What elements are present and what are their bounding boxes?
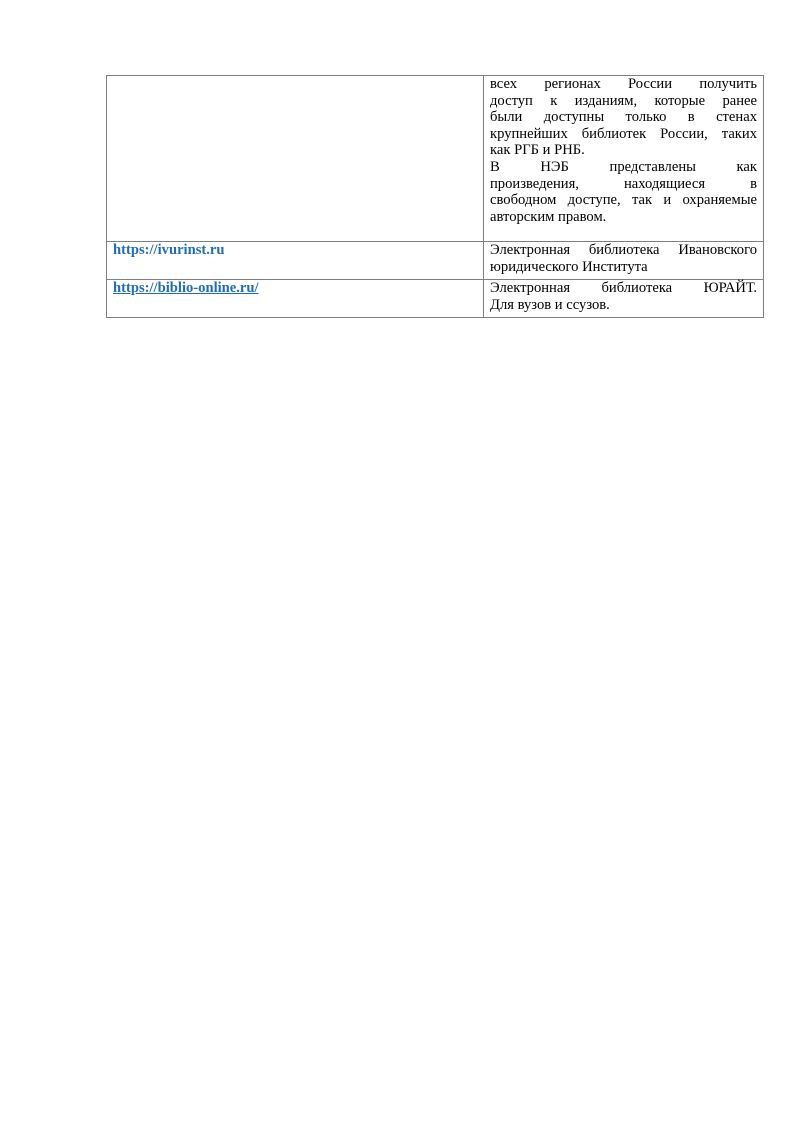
description-line: были доступны только в стенах	[490, 109, 757, 126]
description-line: как РГБ и РНБ.	[490, 142, 757, 159]
description-cell: Электронная библиотека Ивановского юриди…	[484, 242, 764, 280]
resource-cell: https://biblio-online.ru/	[107, 280, 484, 318]
description-line: свободном доступе, так и охраняемые	[490, 192, 757, 209]
description-line: Электронная библиотека ЮРАЙТ.	[490, 280, 757, 297]
table-row: https://biblio-online.ru/ Электронная би…	[107, 280, 764, 318]
resource-cell	[107, 76, 484, 242]
description-cell: всех регионах России получить доступ к и…	[484, 76, 764, 242]
document-page: всех регионах России получить доступ к и…	[0, 0, 794, 1123]
resource-cell: https://ivurinst.ru	[107, 242, 484, 280]
description-line: крупнейших библиотек России, таких	[490, 126, 757, 143]
table-row: всех регионах России получить доступ к и…	[107, 76, 764, 242]
description-line: всех регионах России получить	[490, 76, 757, 93]
description-line: Электронная библиотека Ивановского	[490, 242, 757, 259]
resource-link-biblio-online[interactable]: https://biblio-online.ru/	[113, 280, 259, 296]
resources-table: всех регионах России получить доступ к и…	[106, 75, 764, 318]
description-line: авторским правом.	[490, 209, 757, 226]
description-line: произведения, находящиеся в	[490, 176, 757, 193]
resource-link-ivurinst[interactable]: https://ivurinst.ru	[113, 242, 225, 258]
description-cell: Электронная библиотека ЮРАЙТ. Для вузов …	[484, 280, 764, 318]
table-row: https://ivurinst.ru Электронная библиоте…	[107, 242, 764, 280]
description-line: юридического Института	[490, 259, 757, 276]
description-line: В НЭБ представлены как	[490, 159, 757, 176]
description-line: доступ к изданиям, которые ранее	[490, 93, 757, 110]
description-line: Для вузов и ссузов.	[490, 297, 757, 314]
